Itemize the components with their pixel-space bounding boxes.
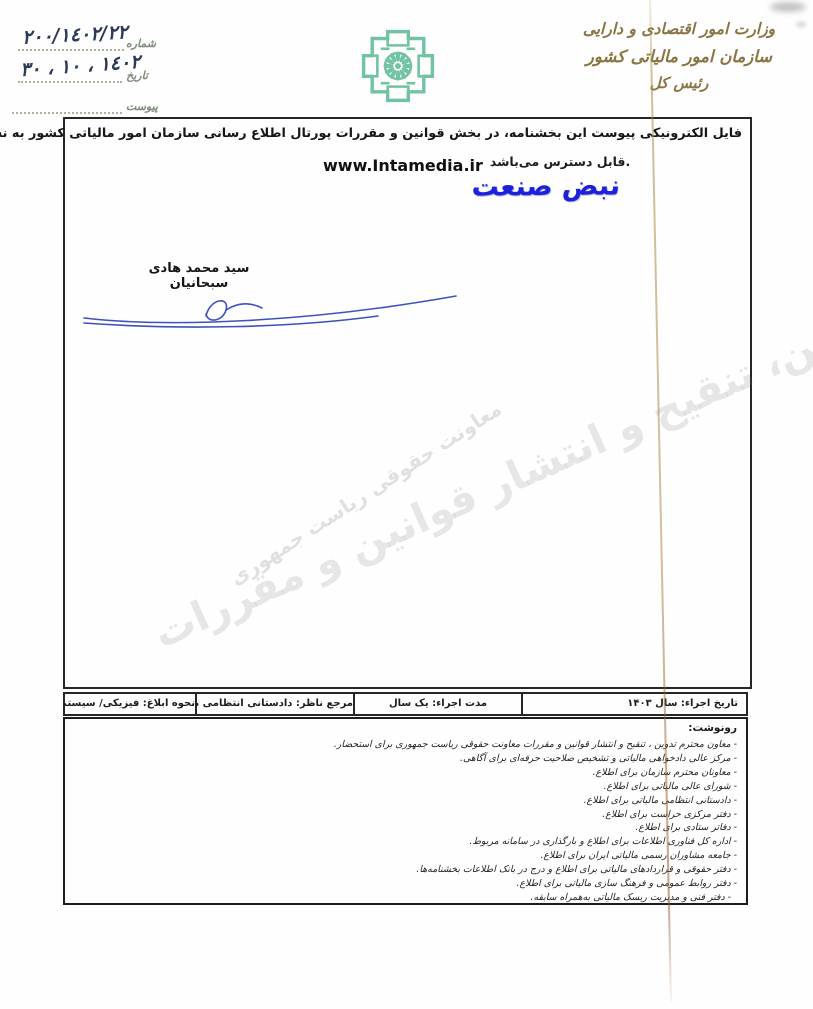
cc-list: - معاون محترم تدوین ، تنقیح و انتشار قوا…: [74, 738, 737, 905]
cc-item: - اداره کل فناوری اطلاعات برای اطلاع و ب…: [74, 835, 737, 849]
number-dotted-line: [18, 49, 124, 51]
electronic-file-notice: فایل الکترونیکی پیوست این بخشنامه، در بخ…: [73, 126, 742, 141]
organization-name: سازمان امور مالیاتی کشور: [559, 47, 799, 66]
cc-item: - دفاتر ستادی برای اطلاع.: [74, 821, 737, 835]
cc-item: - مرکز عالی دادخواهی مالیاتی و تشخیص صلا…: [74, 752, 737, 766]
cell-supervisor: مرجع ناظر: دادستانی انتظامی مالیاتی: [197, 694, 355, 714]
signature-scribble-icon: [80, 288, 460, 332]
cc-item: - دفتر مرکزی حراست برای اطلاع.: [74, 808, 737, 822]
cc-item: - معاون محترم تدوین ، تنقیح و انتشار قوا…: [74, 738, 737, 752]
inta-emblem-icon: [350, 23, 446, 109]
nabz-sanat-stamp: نبض صنعت: [459, 170, 633, 203]
cc-item: - معاونان محترم سازمان برای اطلاع.: [74, 766, 737, 780]
cc-item: - دادستانی انتظامی مالیاتی برای اطلاع.: [74, 794, 737, 808]
date-value: ١٤٠٢ ، ١٠ ، ٣٠: [19, 51, 141, 81]
cell-implementation-date: تاریخ اجراء: سال ۱۴۰۳: [523, 694, 746, 714]
number-label: شماره: [126, 37, 156, 50]
scan-smudge: [796, 22, 806, 27]
signatory-title: رئیس کل: [559, 74, 799, 92]
number-value: ٢٠٠/١٤٠٢/٢٢: [21, 21, 128, 49]
signer-name: سید محمد هادی سبحانیان: [124, 261, 274, 291]
cc-item: - دفتر فنی و مدیریت ریسک مالیاتی به‌همرا…: [74, 891, 737, 905]
cc-title: رونوشت:: [688, 722, 737, 734]
accessible-note: قابل دسترس می‌باشد.: [490, 154, 630, 169]
cell-notification-method: نحوه ابلاغ: فیزیکی/ سیستمی: [65, 694, 197, 714]
ministry-name: وزارت امور اقتصادی و دارایی: [559, 20, 799, 38]
cell-duration: مدت اجراء: یک سال: [355, 694, 523, 714]
meta-table: تاریخ اجراء: سال ۱۴۰۳ مدت اجراء: یک سال …: [63, 692, 748, 716]
cc-item: - دفتر روابط عمومی و فرهنگ سازی مالیاتی …: [74, 877, 737, 891]
date-dotted-line: [18, 81, 122, 83]
attachment-label: پیوست: [126, 100, 158, 113]
cc-item: - دفتر حقوقی و قراردادهای مالیاتی برای ا…: [74, 863, 737, 877]
cc-box: رونوشت: - معاون محترم تدوین ، تنقیح و ان…: [63, 717, 748, 905]
letterhead-register-block: شماره ٢٠٠/١٤٠٢/٢٢ تاریخ ١٤٠٢ ، ١٠ ، ٣٠ پ…: [8, 24, 160, 116]
circular-body-box: فایل الکترونیکی پیوست این بخشنامه، در بخ…: [63, 117, 752, 689]
org-header: وزارت امور اقتصادی و دارایی سازمان امور …: [559, 20, 799, 92]
scanned-circular-document: شماره ٢٠٠/١٤٠٢/٢٢ تاریخ ١٤٠٢ ، ١٠ ، ٣٠ پ…: [0, 0, 813, 1009]
cc-item: - جامعه مشاوران رسمی مالیاتی ایران برای …: [74, 849, 737, 863]
scan-smudge: [770, 2, 806, 12]
cc-item: - شورای عالی مالیاتی برای اطلاع.: [74, 780, 737, 794]
attachment-dotted-line: [12, 112, 122, 114]
portal-url: www.Intamedia.ir: [323, 156, 483, 175]
